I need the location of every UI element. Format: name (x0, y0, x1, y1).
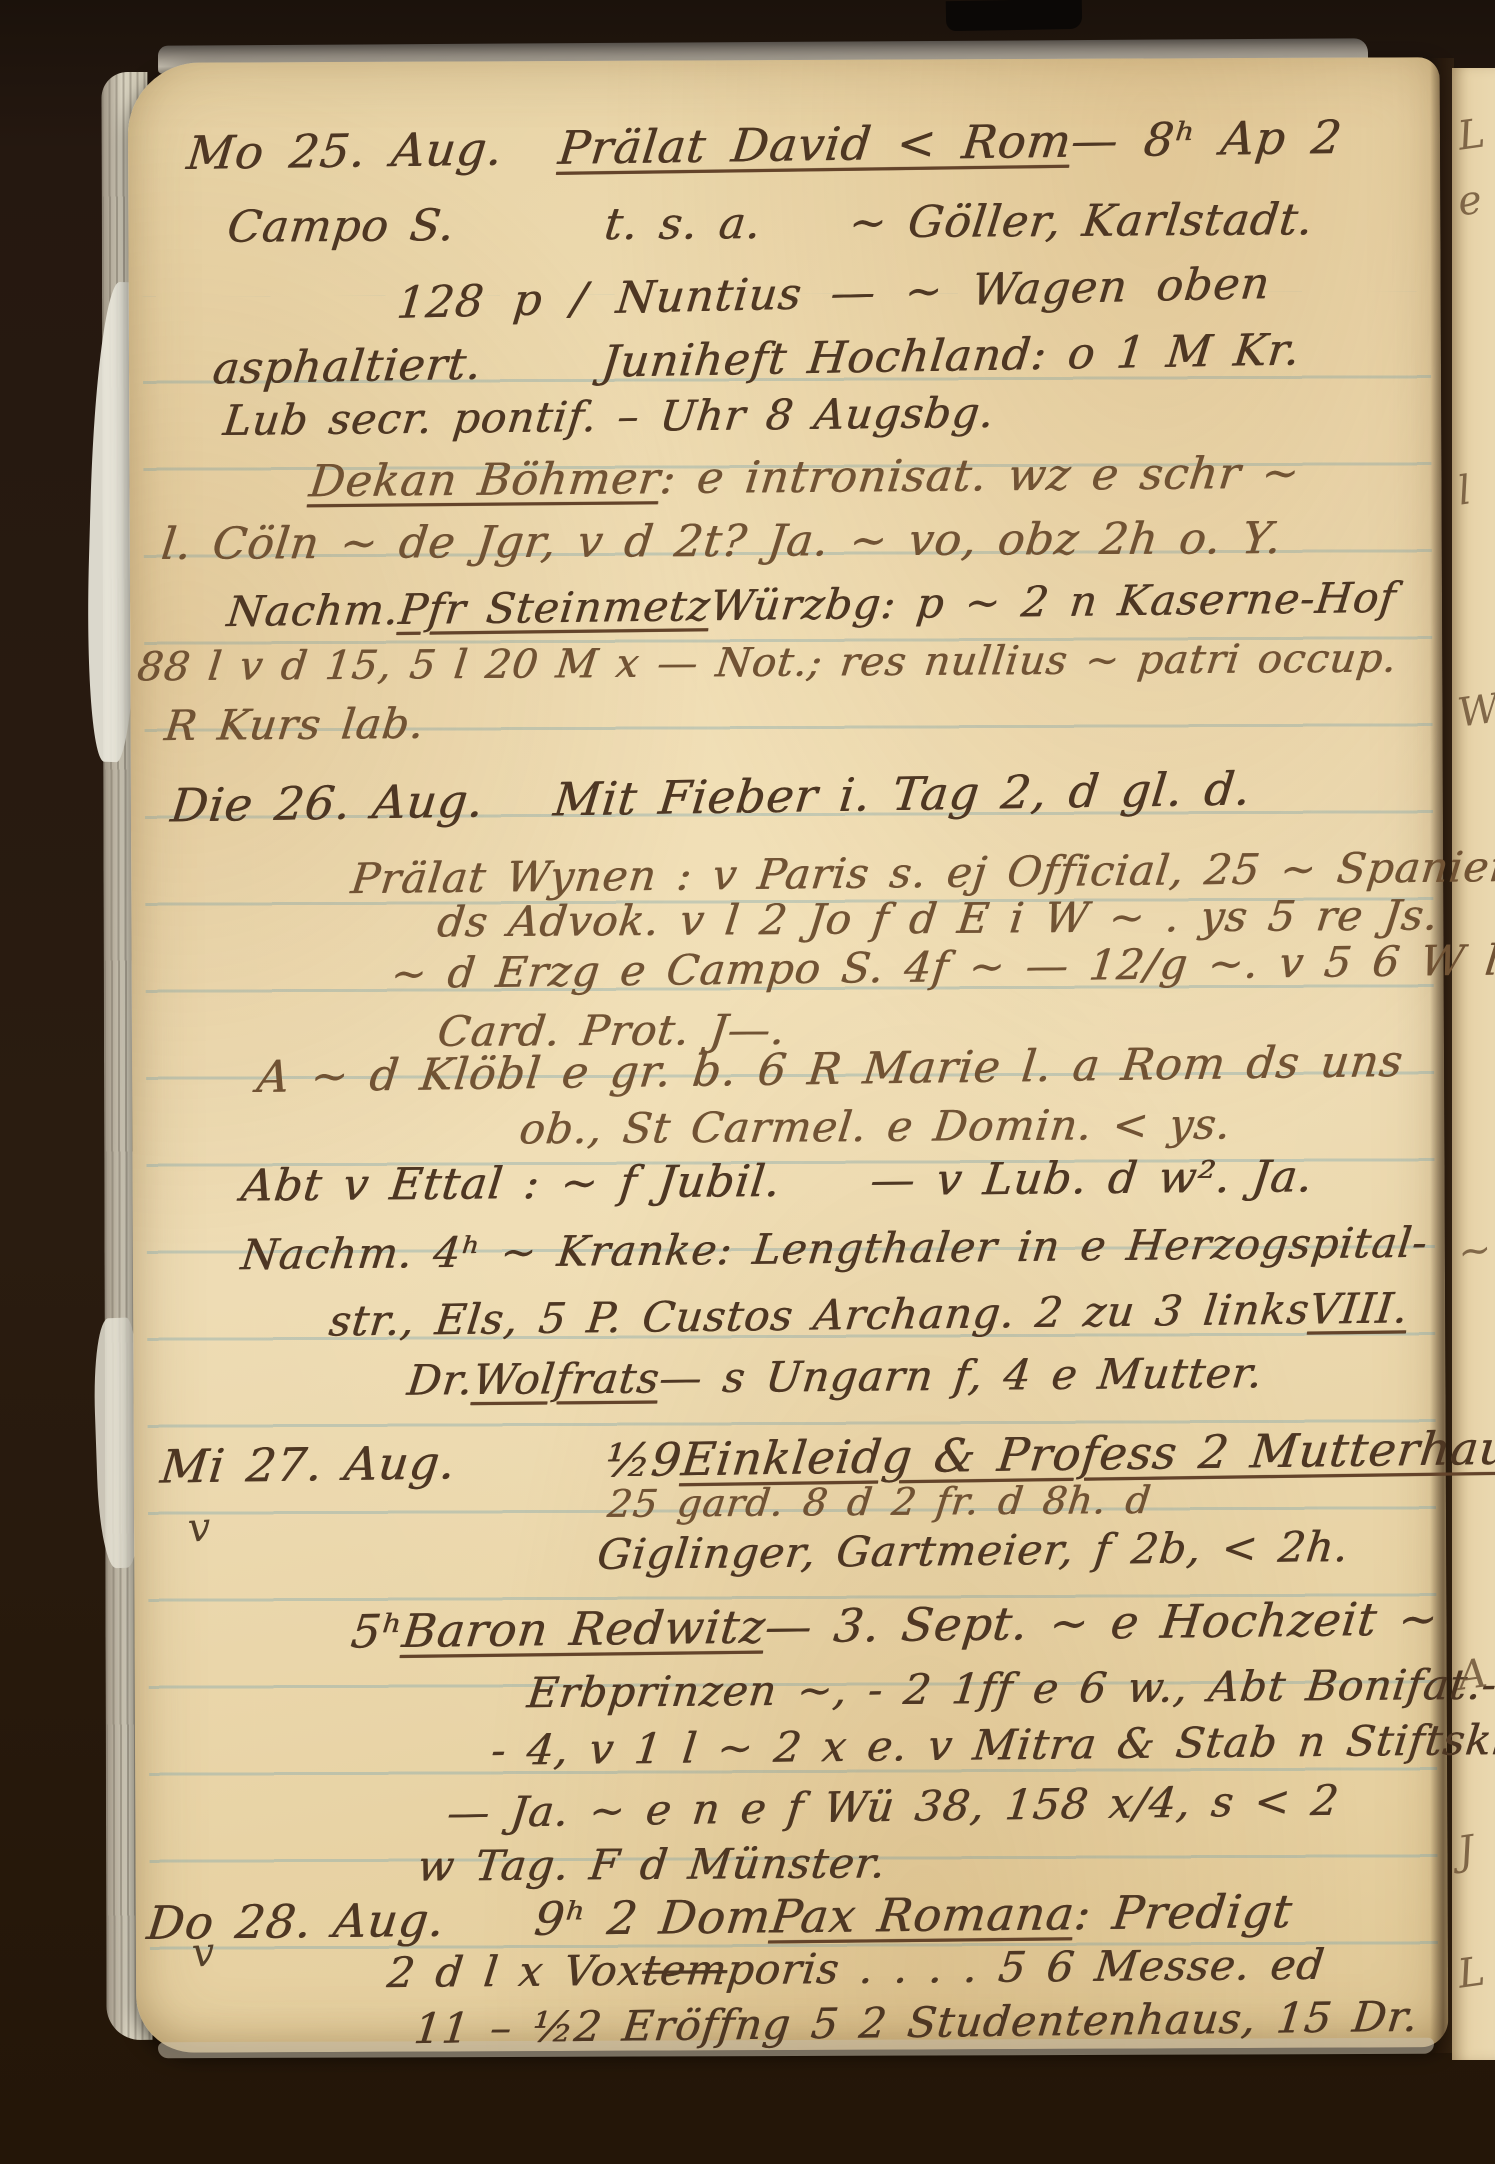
handwriting-line: Giglinger, Gartmeier, f 2b, < 2h. (595, 1522, 1352, 1579)
underlined-text: Baron Redwitz (399, 1600, 768, 1658)
next-page-glyph: ~ (1455, 1226, 1495, 1276)
handwriting-text: w Tag. F d Münster. (415, 1838, 889, 1890)
diary-scan: Mo 25. Aug.Prälat David < Rom — 8ʰ Ap 2 … (0, 0, 1495, 2164)
handwriting-text: - 4, v 1 l ~ 2 x e. v Mitra & Stab n Sti… (489, 1714, 1495, 1774)
handwriting-line: 88 l v d 15, 5 l 20 M x — Not.; res null… (135, 636, 1400, 691)
handwriting-text: ob., St Carmel. e Domin. < ys. (517, 1100, 1234, 1154)
date-label: Do 28. Aug. (144, 1893, 447, 1950)
handwriting-text: Campo S. (225, 200, 458, 253)
handwriting-text: — 3. Sept. ~ e Hochzeit ~ (762, 1591, 1441, 1653)
handwriting-line: l. Cöln ~ de Jgr, v d 2t? Ja. ~ vo, obz … (159, 513, 1285, 570)
handwriting-text: Erbprinzen ~, - 2 1ff e 6 w., Abt Bonifa… (525, 1660, 1495, 1717)
underlined-text: Wolfrats (470, 1354, 662, 1405)
date-label: Mi 27. Aug. (158, 1435, 458, 1493)
handwriting-text: ½9 (603, 1432, 685, 1487)
underlined-text: Pax Romana (768, 1886, 1078, 1943)
handwriting-text: — v Lub. d w². Ja. (868, 1151, 1316, 1206)
handwriting-line: 25 gard. 8 d 2 fr. d 8h. d (605, 1478, 1153, 1526)
handwriting-text: Giglinger, Gartmeier, f 2b, < 2h. (595, 1522, 1352, 1579)
handwriting-text: 88 l v d 15, 5 l 20 M x — Not.; res null… (135, 636, 1400, 691)
handwriting-line: - 4, v 1 l ~ 2 x e. v Mitra & Stab n Sti… (489, 1714, 1495, 1774)
handwriting-text: l. Cöln ~ de Jgr, v d 2t? Ja. ~ vo, obz … (159, 513, 1285, 570)
handwriting-line: w Tag. F d Münster. (415, 1838, 889, 1890)
handwriting-line: ob., St Carmel. e Domin. < ys. (517, 1100, 1234, 1154)
handwriting-text: poris . . . . 5 6 Messe. ed (724, 1940, 1327, 1994)
handwriting-line: Campo S.t. s. a.~ Göller, Karlstadt. (225, 194, 1316, 253)
handwriting-line: Dr. Wolfrats — s Ungarn f, 4 e Mutter. (405, 1348, 1266, 1404)
handwriting-text: — 8ʰ Ap 2 (1068, 110, 1344, 168)
underlined-text: VIII. (1307, 1283, 1411, 1333)
next-page-glyph: W (1455, 685, 1495, 736)
underlined-text: Prälat David < Rom (556, 114, 1075, 175)
handwriting-text: 5ʰ (348, 1604, 405, 1659)
handwriting-text: R Kurs lab. (162, 699, 427, 750)
handwriting-line: 2 d l x Vox temporis . . . . 5 6 Messe. … (385, 1940, 1328, 1997)
margin-checkmark: v (190, 1929, 216, 1976)
handwriting-text: 9ʰ 2 Dom (532, 1889, 774, 1945)
struck-text: tem (640, 1945, 730, 1995)
binding-tab (946, 0, 1083, 31)
handwriting-line: Dekan Böhmer : e intronisat. wz e schr ~ (307, 448, 1303, 508)
handwriting-line: Lub secr. pontif. – Uhr 8 Augsbg. (221, 388, 997, 445)
handwriting-line: R Kurs lab. (162, 699, 427, 750)
handwriting-text: ~ Göller, Karlstadt. (846, 194, 1316, 248)
next-page-glyph: A (1455, 1650, 1490, 1700)
underlined-text: Dekan Böhmer (307, 453, 664, 507)
handwriting-text: t. s. a. (602, 198, 764, 250)
handwriting-text: Abt v Ettal : ~ f Jubil. (239, 1156, 784, 1212)
handwriting-text: Lub secr. pontif. – Uhr 8 Augsbg. (221, 388, 997, 445)
underlined-text: Einkleidg & Profess 2 Mutterhaus (679, 1420, 1495, 1486)
margin-checkmark: v (186, 1504, 212, 1551)
handwriting-text: — s Ungarn f, 4 e Mutter. (657, 1348, 1266, 1402)
handwriting-text: Dr. (405, 1355, 476, 1405)
next-page-glyph: L (1455, 1948, 1488, 1997)
handwriting-line: Erbprinzen ~, - 2 1ff e 6 w., Abt Bonifa… (525, 1660, 1495, 1717)
handwriting-text: Nachm. (224, 585, 401, 636)
handwriting-text: Mit Fieber i. Tag 2, d gl. d. (551, 762, 1254, 827)
handwriting-text: Würzbg: p ~ 2 n Kaserne-Hof (708, 573, 1399, 630)
date-label: Mo 25. Aug. (184, 122, 505, 180)
handwriting-text: : Predigt (1071, 1884, 1295, 1940)
handwriting-text: 25 gard. 8 d 2 fr. d 8h. d (605, 1478, 1153, 1526)
date-label: Die 26. Aug. (168, 774, 486, 833)
handwriting-text: 2 d l x Vox (385, 1946, 645, 1997)
next-page-glyph: L (1455, 110, 1488, 159)
handwriting-text: : e intronisat. wz e schr ~ (657, 448, 1302, 505)
handwriting-line: Abt v Ettal : ~ f Jubil.— v Lub. d w². J… (239, 1151, 1316, 1211)
underlined-text: Pfr Steinmetz (396, 581, 713, 634)
handwriting-text: asphaltiert. (210, 339, 484, 395)
